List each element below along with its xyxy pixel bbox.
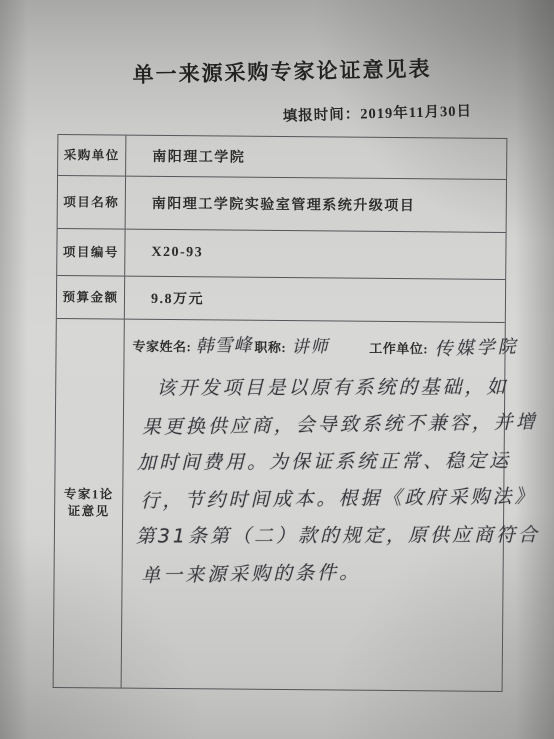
- opinion-line: 果更换供应商，会导致系统不兼容，并增: [142, 404, 540, 447]
- expert-opinion-cell: 专家姓名: 韩雪峰 职称: 讲师 工作单位: 传媒学院 该开发项目是以原有系统的…: [122, 320, 539, 692]
- fill-date-value: 2019年11月30日: [360, 103, 472, 122]
- form-table: 采购单位 南阳理工学院 项目名称 南阳理工学院实验室管理系统升级项目 项目编号 …: [53, 134, 508, 692]
- opinion-line: 第31条第（二）款的规定，原供应商符合: [136, 517, 540, 555]
- row-value-purchasing-unit: 南阳理工学院: [126, 136, 506, 179]
- row-label-purchasing-unit: 采购单位: [58, 135, 126, 176]
- row-label-project-name: 项目名称: [58, 176, 126, 229]
- opinion-line: 加时间费用。为保证系统正常、稳定运: [137, 443, 539, 482]
- expert-work-unit-label: 工作单位:: [369, 338, 428, 358]
- table-row-purchasing-unit: 采购单位 南阳理工学院: [58, 135, 506, 180]
- expert-name-label: 专家姓名:: [133, 336, 192, 356]
- row-value-project-name: 南阳理工学院实验室管理系统升级项目: [126, 177, 506, 232]
- opinion-line: 行，节约时间成本。根据《政府采购法》: [140, 478, 540, 520]
- handwritten-opinion-block: 该开发项目是以原有系统的基础，如 果更换供应商，会导致系统不兼容，并增 加时间费…: [124, 368, 540, 594]
- form-title: 单一来源采购专家论证意见表: [0, 50, 554, 92]
- expert-name-handwritten: 韩雪峰: [195, 331, 253, 358]
- expert-job-title-label: 职称:: [254, 337, 286, 356]
- row-value-budget-amount: 9.8万元: [125, 277, 505, 322]
- opinion-line: 该开发项目是以原有系统的基础，如: [156, 369, 538, 407]
- table-row-budget-amount: 预算金额 9.8万元: [57, 276, 505, 323]
- scanned-form-page: 单一来源采购专家论证意见表 填报时间：2019年11月30日 采购单位 南阳理工…: [0, 0, 554, 739]
- expert-work-unit-handwritten: 传媒学院: [434, 332, 519, 361]
- row-value-project-number: X20-93: [125, 230, 505, 279]
- row-label-expert1-opinion: 专家1论证意见: [54, 319, 125, 688]
- expert-header-line: 专家姓名: 韩雪峰 职称: 讲师 工作单位: 传媒学院: [132, 331, 538, 361]
- row-label-project-number: 项目编号: [57, 229, 125, 276]
- table-row-project-name: 项目名称 南阳理工学院实验室管理系统升级项目: [58, 176, 506, 233]
- expert-job-title-handwritten: 讲师: [291, 332, 329, 358]
- table-row-expert1-opinion: 专家1论证意见 专家姓名: 韩雪峰 职称: 讲师 工作单位: 传媒学院 该开发项…: [54, 319, 505, 691]
- fill-date-line: 填报时间：2019年11月30日: [0, 99, 472, 133]
- opinion-line: 单一来源采购的条件。: [141, 552, 541, 595]
- row-label-budget-amount: 预算金额: [57, 276, 125, 319]
- fill-date-label: 填报时间：: [283, 107, 361, 125]
- table-row-project-number: 项目编号 X20-93: [57, 229, 505, 280]
